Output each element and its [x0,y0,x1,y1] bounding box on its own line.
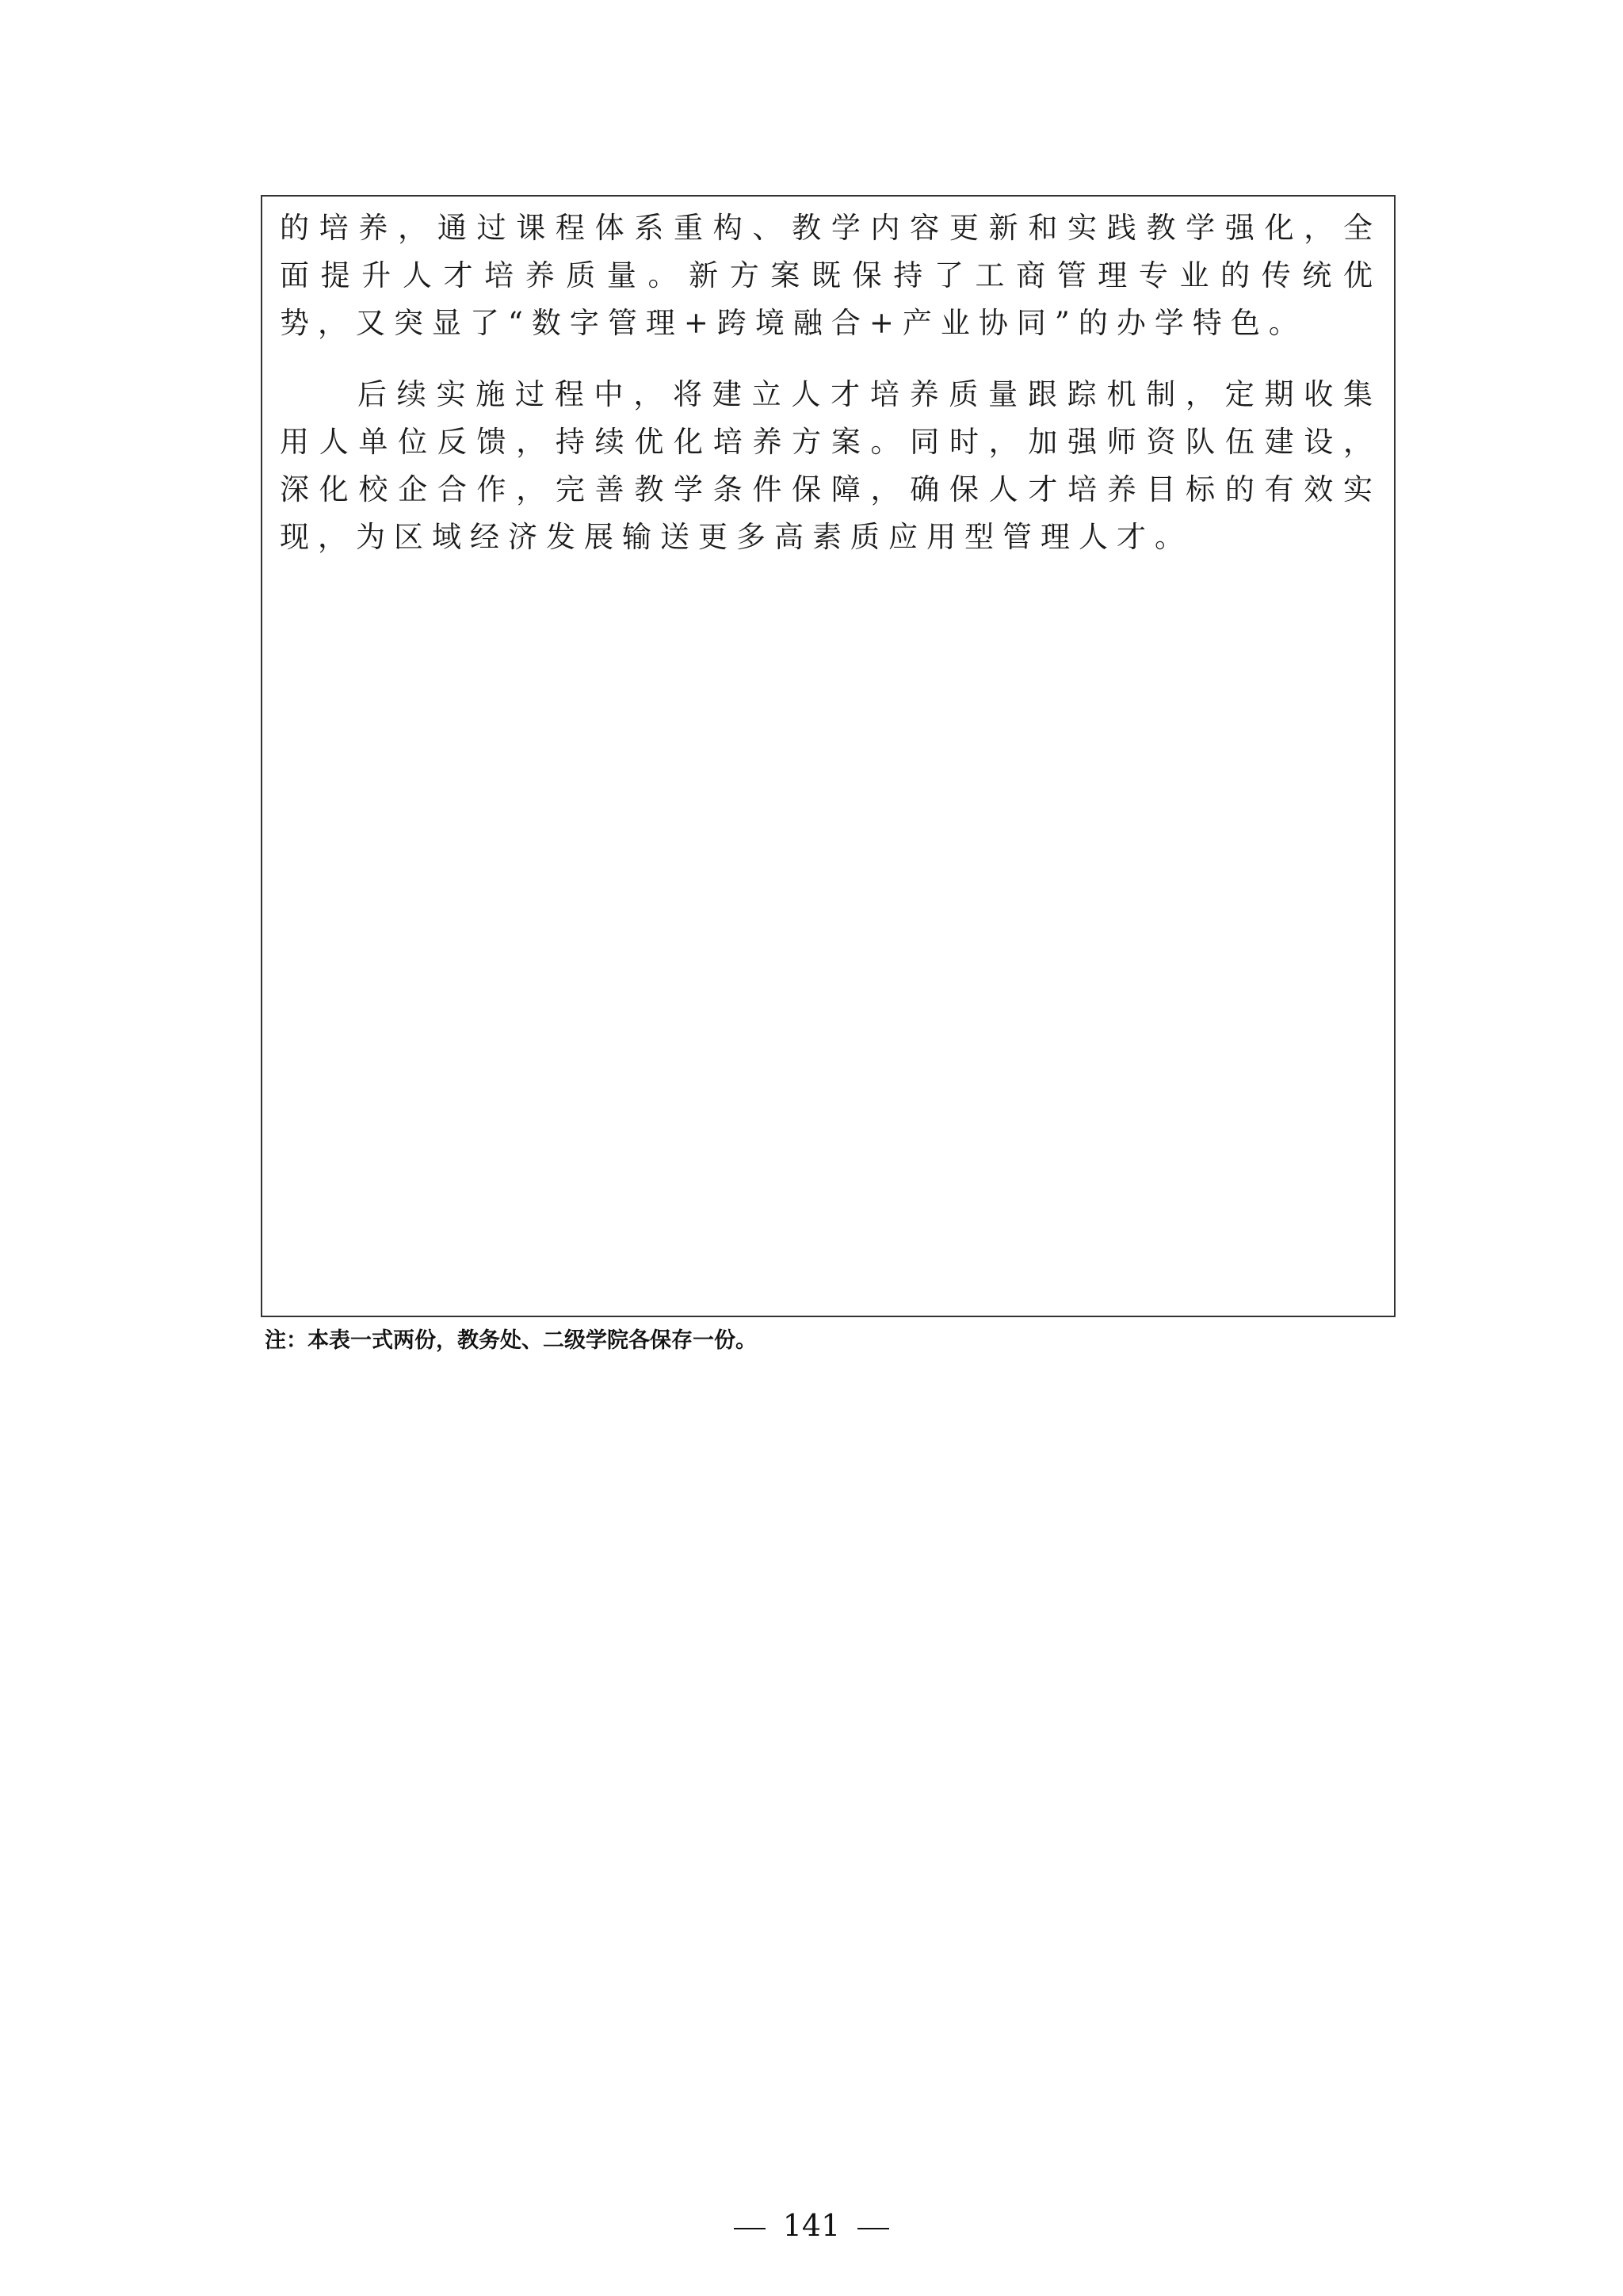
form-content-box: 的培养，通过课程体系重构、教学内容更新和实践教学强化，全面提升人才培养质量。新方… [261,195,1396,1317]
page-number: 141 [783,2208,841,2243]
paragraph-summary: 的培养，通过课程体系重构、教学内容更新和实践教学强化，全面提升人才培养质量。新方… [280,204,1381,347]
dash-right-decoration [857,2228,889,2229]
table-footnote: 注：本表一式两份，教务处、二级学院各保存一份。 [265,1325,757,1357]
page-footer: 141 [0,2206,1623,2245]
dash-left-decoration [734,2228,766,2229]
paragraph-follow-up: 后续实施过程中，将建立人才培养质量跟踪机制，定期收集用人单位反馈，持续优化培养方… [280,371,1381,561]
form-content: 的培养，通过课程体系重构、教学内容更新和实践教学强化，全面提升人才培养质量。新方… [280,204,1381,561]
